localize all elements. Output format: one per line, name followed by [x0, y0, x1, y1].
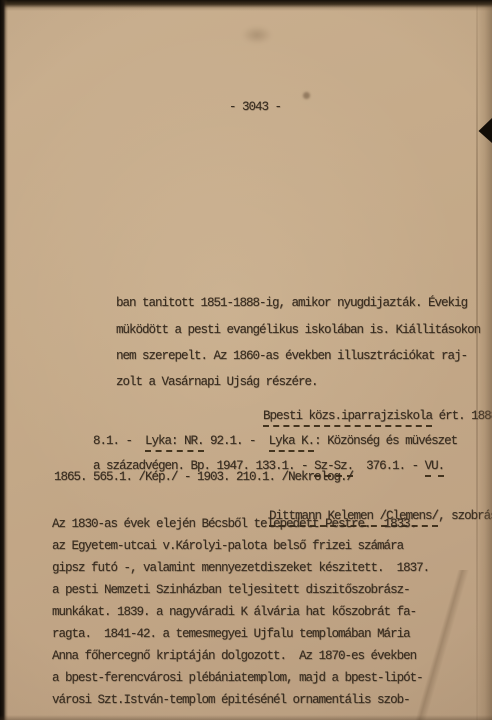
text-line: városi Szt.István-templom épitésénél orn…: [52, 693, 410, 707]
text-line: a pesti Nemzeti Szinházban teljesitett d…: [52, 583, 410, 597]
underlined-source-abbrev: VU.: [425, 459, 445, 477]
scan-edge-bottom: [0, 715, 492, 720]
text-line: ban tanitott 1851-1888-ig, amikor nyugdi…: [116, 296, 467, 310]
bibliography-text: 376.1. -: [353, 459, 425, 473]
text-line: müködött a pesti evangélikus iskolában i…: [116, 323, 480, 337]
text-line: munkákat. 1839. a nagyváradi K álvária h…: [52, 605, 416, 619]
text-line: gipsz futó -, valamint mennyezetdiszeket…: [52, 561, 429, 575]
scan-edge-top: [0, 0, 492, 11]
scanned-document-page: - 3043 - ban tanitott 1851-1888-ig, amik…: [0, 0, 492, 720]
text-line: ragta. 1841-42. a temesmegyei Ujfalu tem…: [52, 627, 410, 641]
paper-stain: [242, 26, 272, 44]
page-edge-crease: [476, 0, 478, 720]
page-number: - 3043 -: [229, 100, 281, 114]
paper-crease: [406, 570, 476, 720]
text-line: zolt a Vasárnapi Ujság részére.: [116, 375, 318, 389]
paper-speck: [303, 92, 310, 99]
text-line: az Egyetem-utcai v.Károlyi-palota belső …: [52, 539, 403, 553]
page-edge-right: [476, 0, 492, 720]
text-line: nem szerepelt. Az 1860-as években illusz…: [116, 349, 467, 363]
text-line: a bpest-ferencvárosi plébániatemplom, ma…: [52, 671, 423, 685]
bibliography-line: 1865. 565.1. /Kép./ - 1903. 210.1. /Nekr…: [54, 470, 353, 484]
scan-edge-left: [0, 0, 8, 720]
text-line: Anna főhercegnő kriptáján dolgozott. Az …: [52, 649, 416, 663]
text-line: Az 1830-as évek elején Bécsből telepedet…: [52, 517, 416, 531]
